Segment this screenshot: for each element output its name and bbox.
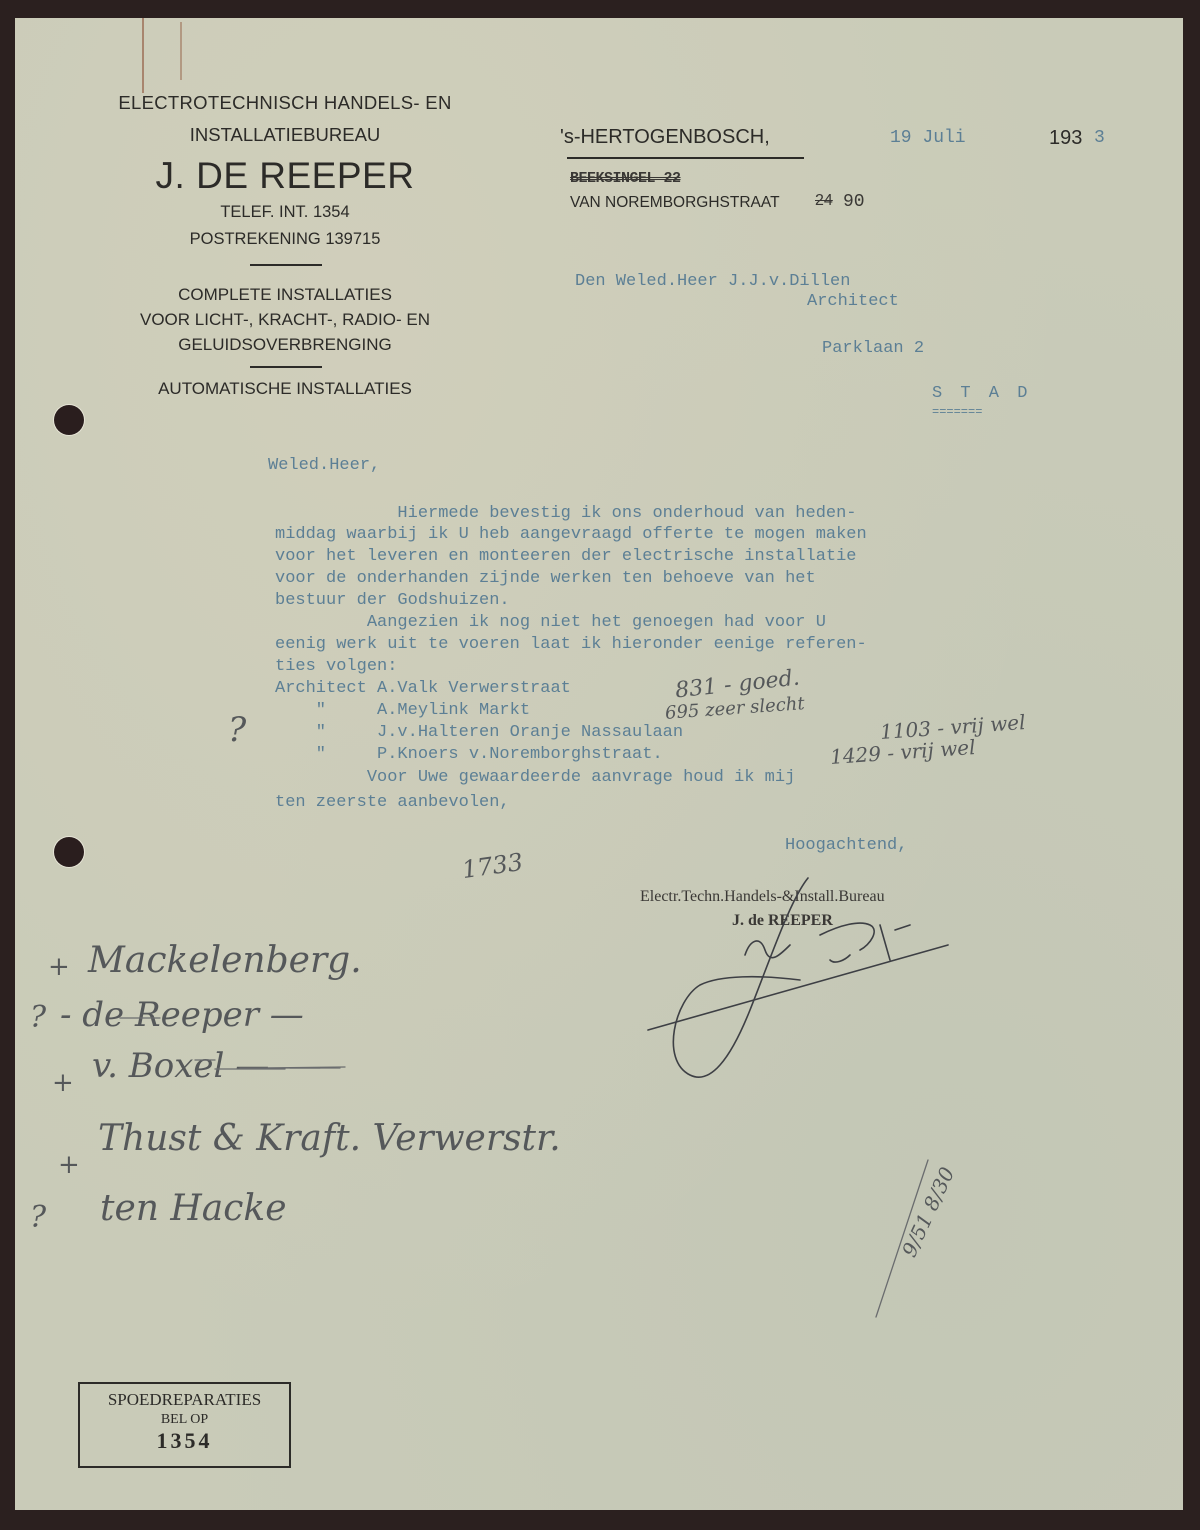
rust-stain [142,18,144,93]
letterhead-line1: ELECTROTECHNISCH HANDELS- EN [70,92,500,114]
reference-line: " P.Knoers v.Noremborghstraat. [275,744,663,765]
list-mark: + [58,1150,80,1180]
telephone: TELEF. INT. 1354 [70,203,500,222]
list-text: v. Boxel — [92,1046,269,1086]
struck-address: BEEKSINGEL 22 [570,170,681,187]
body-line: eenig werk uit te voeren laat ik hierond… [275,634,867,655]
list-text: ten Hacke [100,1188,287,1229]
service-line: COMPLETE INSTALLATIES [70,285,500,305]
recipient-name: Den Weled.Heer J.J.v.Dillen [575,272,850,291]
list-mark: ? [30,1000,46,1035]
body-line: voor het leveren en monteeren der electr… [275,546,857,567]
list-mark: + [48,952,70,982]
city-underline [567,157,804,159]
box-line1: SPOEDREPARATIES [80,1390,289,1410]
service-line: GELUIDSOVERBRENGING [70,335,500,355]
company-name: J. DE REEPER [70,155,500,197]
body-line: voor de onderhanden zijnde werken ten be… [275,568,816,589]
body-line: ten zeerste aanbevolen, [275,792,510,813]
recipient-city: S T A D [932,384,1031,403]
reference-line: Architect A.Valk Verwerstraat [275,678,571,699]
date-day-month: 19 Juli [890,128,966,148]
reference-line: " A.Meylink Markt [275,700,530,721]
body-line: Hiermede bevestig ik ons onderhoud van h… [275,503,857,524]
body-line: Voor Uwe gewaardeerde aanvrage houd ik m… [275,767,795,788]
street: VAN NOREMBORGHSTRAAT [570,194,780,212]
rust-stain [180,22,182,80]
salutation: Weled.Heer, [268,456,380,475]
annotation-question: ? [228,710,246,750]
reference-line: " J.v.Halteren Oranje Nassaulaan [275,722,683,743]
list-text: Thust & Kraft. Verwerstr. [98,1118,561,1159]
body-line: Aangezien ik nog niet het genoegen had v… [275,612,826,633]
recipient-title: Architect [807,292,899,311]
letterhead-line2: INSTALLATIEBUREAU [70,124,500,146]
date-year-typed: 3 [1094,128,1105,148]
service-line: VOOR LICHT-, KRACHT-, RADIO- EN [70,310,500,330]
body-line: bestuur der Godshuizen. [275,590,510,611]
recipient-street: Parklaan 2 [822,339,924,358]
recipient-city-underline: ======= [932,405,982,419]
list-text: Mackelenberg. [88,940,362,981]
list-mark: + [52,1068,74,1098]
emergency-repairs-box: SPOEDREPARATIES BEL OP 1354 [78,1382,291,1468]
divider [250,366,322,368]
body-line: middag waarbij ik U heb aangevraagd offe… [275,524,867,545]
signature-stamp-name: J. de REEPER [732,912,833,930]
list-text: - de Reeper — [60,995,304,1035]
street-number: 90 [843,192,865,212]
box-line2: BEL OP [80,1412,289,1428]
body-line: ties volgen: [275,656,397,677]
city: 's-HERTOGENBOSCH, [560,126,770,149]
divider [250,264,322,266]
punch-hole [54,837,84,867]
date-year-printed: 193 [1049,127,1082,150]
struck-number: 24 [815,192,833,210]
closing: Hoogachtend, [785,836,907,855]
box-phone: 1354 [80,1428,289,1454]
postrekening: POSTREKENING 139715 [70,230,500,249]
signature-stamp-line1: Electr.Techn.Handels-&Install.Bureau [640,888,885,906]
automatic-installations: AUTOMATISCHE INSTALLATIES [70,379,500,399]
list-mark: ? [30,1200,46,1235]
punch-hole [54,405,84,435]
